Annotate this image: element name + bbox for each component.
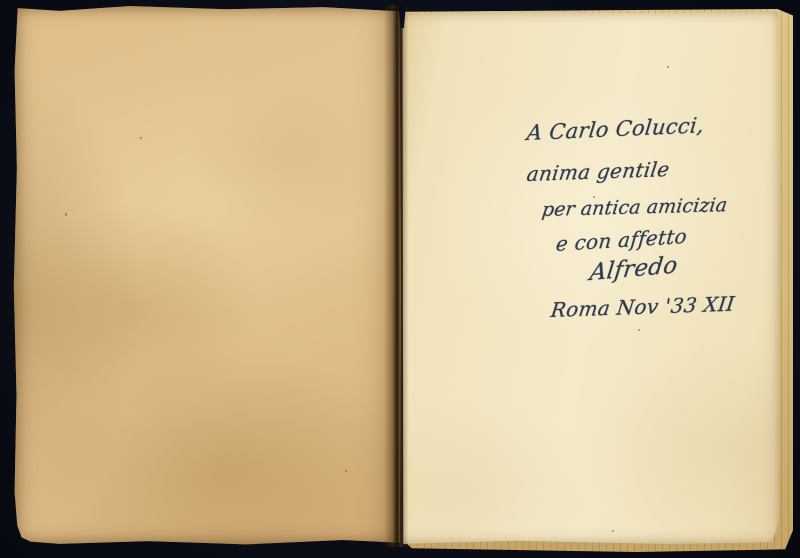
inscription-line-dedicatee: A Carlo Colucci, — [526, 113, 706, 145]
book-gutter-shadow — [384, 5, 412, 547]
inscription-line: anima gentile — [525, 157, 671, 186]
foxing-speck — [140, 137, 142, 139]
right-inscription-page: A Carlo Colucci, anima gentile per antic… — [401, 11, 781, 545]
photo-background: A Carlo Colucci, anima gentile per antic… — [0, 0, 800, 558]
foxing-speck — [638, 329, 640, 331]
left-blank-page — [13, 6, 401, 546]
inscription-signature: Alfredo — [588, 252, 679, 286]
inscription-line-date: Roma Nov '33 XII — [550, 292, 737, 323]
foxing-speck — [65, 213, 67, 216]
foxing-speck — [667, 66, 669, 68]
foxing-speck — [345, 470, 347, 472]
foxing-speck — [612, 530, 614, 532]
inscription-line: per antica amicizia — [541, 194, 729, 221]
inscription-line: e con affetto — [555, 224, 688, 256]
